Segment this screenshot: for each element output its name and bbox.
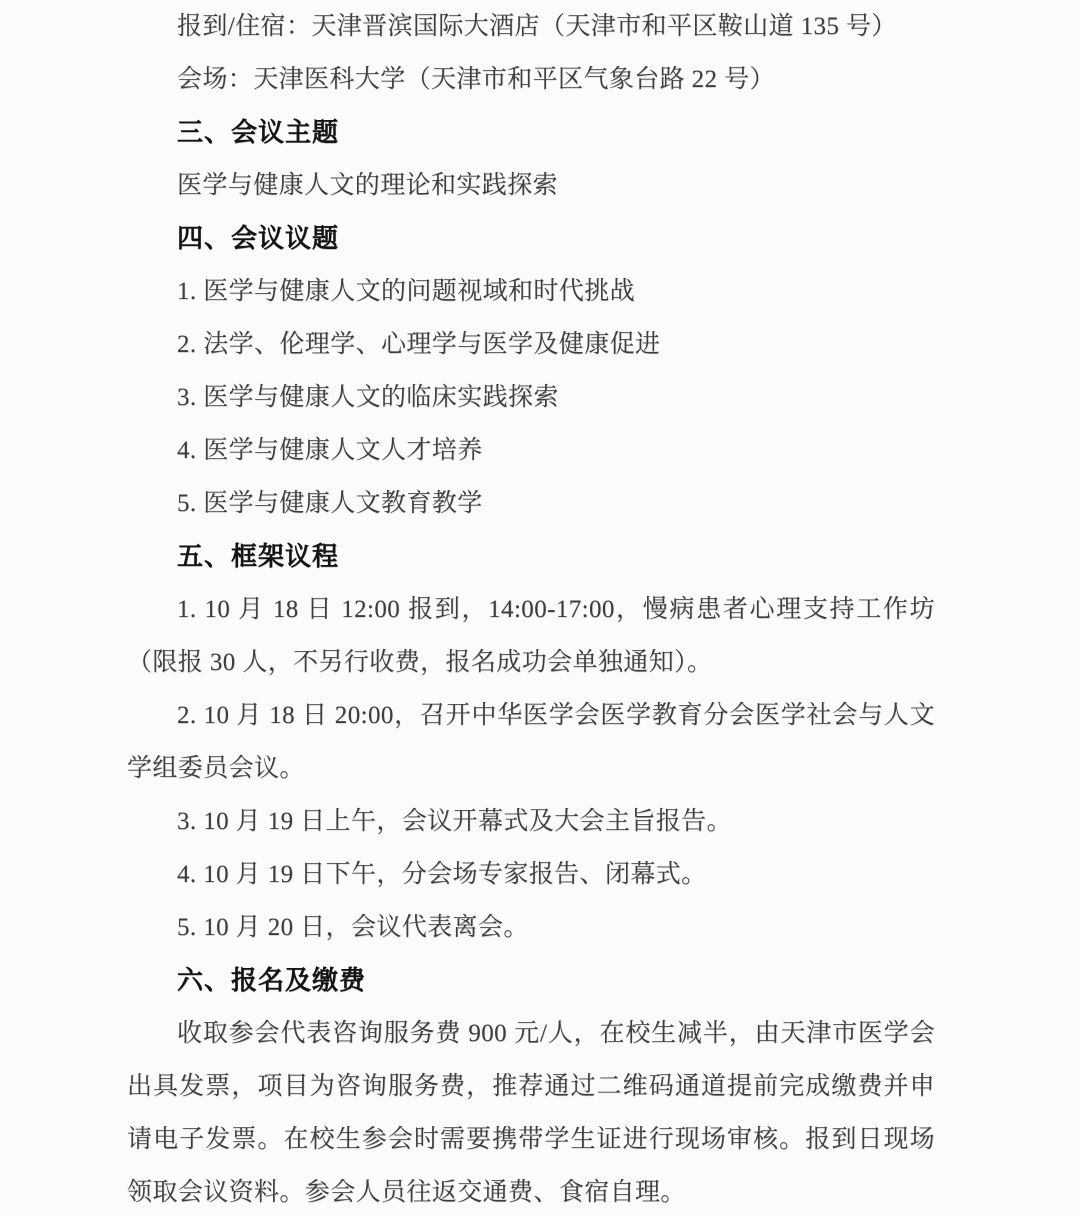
registration-hotel-line: 报到/住宿：天津晋滨国际大酒店（天津市和平区鞍山道 135 号） <box>127 0 935 53</box>
conference-theme-paragraph: 医学与健康人文的理论和实践探索 <box>127 159 935 212</box>
registration-payment-paragraph: 收取参会代表咨询服务费 900 元/人，在校生减半，由天津市医学会出具发票，项目… <box>127 1007 935 1216</box>
topic-item-1: 1. 医学与健康人文的问题视域和时代挑战 <box>127 265 935 318</box>
section-heading-conference-theme: 三、会议主题 <box>127 106 935 159</box>
agenda-item-5: 5. 10 月 20 日，会议代表离会。 <box>127 901 935 954</box>
topic-item-4: 4. 医学与健康人文人才培养 <box>127 424 935 477</box>
agenda-item-1: 1. 10 月 18 日 12:00 报到，14:00-17:00，慢病患者心理… <box>127 583 935 689</box>
document-page: 报到/住宿：天津晋滨国际大酒店（天津市和平区鞍山道 135 号） 会场：天津医科… <box>0 0 1080 1216</box>
agenda-item-4: 4. 10 月 19 日下午，分会场专家报告、闭幕式。 <box>127 848 935 901</box>
section-heading-conference-topics: 四、会议议题 <box>127 212 935 265</box>
topic-item-5: 5. 医学与健康人文教育教学 <box>127 477 935 530</box>
topic-item-2: 2. 法学、伦理学、心理学与医学及健康促进 <box>127 318 935 371</box>
section-heading-registration-payment: 六、报名及缴费 <box>127 954 935 1007</box>
document-content: 报到/住宿：天津晋滨国际大酒店（天津市和平区鞍山道 135 号） 会场：天津医科… <box>127 0 935 1216</box>
agenda-item-2: 2. 10 月 18 日 20:00，召开中华医学会医学教育分会医学社会与人文学… <box>127 689 935 795</box>
section-heading-agenda-framework: 五、框架议程 <box>127 530 935 583</box>
venue-line: 会场：天津医科大学（天津市和平区气象台路 22 号） <box>127 53 935 106</box>
topic-item-3: 3. 医学与健康人文的临床实践探索 <box>127 371 935 424</box>
agenda-item-3: 3. 10 月 19 日上午，会议开幕式及大会主旨报告。 <box>127 795 935 848</box>
